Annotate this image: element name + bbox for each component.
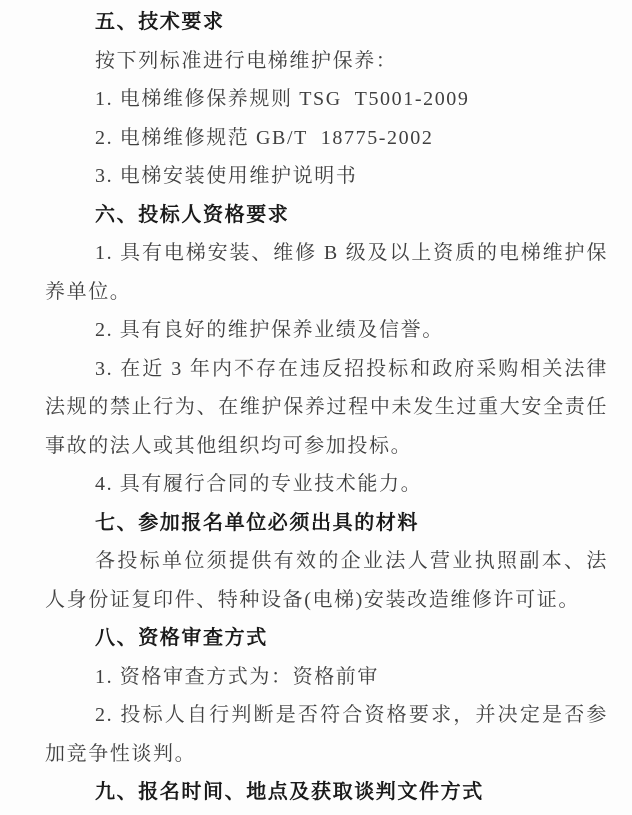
para-qualification-3-no-violations: 3. 在近 3 年内不存在违反招投标和政府采购相关法律法规的禁止行为、在维护保养… [45,350,608,466]
para-self-judgement-participation: 2. 投标人自行判断是否符合资格要求，并决定是否参加竞争性谈判。 [45,696,608,773]
heading-section-9-registration-info: 九、报名时间、地点及获取谈判文件方式 [45,773,608,812]
heading-section-5-technical-requirements: 五、技术要求 [45,3,608,42]
para-standard-2-gbt-18775-2002: 2. 电梯维修规范 GB/T 18775-2002 [45,119,608,158]
para-standard-1-tsg-t5001-2009: 1. 电梯维修保养规则 TSG T5001-2009 [45,80,608,119]
para-required-materials-list: 各投标单位须提供有效的企业法人营业执照副本、法人身份证复印件、特种设备(电梯)安… [45,542,608,619]
document-page: 五、技术要求 按下列标准进行电梯维护保养： 1. 电梯维修保养规则 TSG T5… [0,0,632,815]
para-standard-3-installation-manual: 3. 电梯安装使用维护说明书 [45,157,608,196]
para-review-method-pre-review: 1. 资格审查方式为：资格前审 [45,658,608,697]
para-maintenance-standards-intro: 按下列标准进行电梯维护保养： [45,42,608,81]
para-qualification-2-good-record: 2. 具有良好的维护保养业绩及信誉。 [45,311,608,350]
heading-section-6-bidder-qualifications: 六、投标人资格要求 [45,196,608,235]
para-qualification-4-technical-ability: 4. 具有履行合同的专业技术能力。 [45,465,608,504]
heading-section-7-required-materials: 七、参加报名单位必须出具的材料 [45,504,608,543]
para-qualification-1-license-grade: 1. 具有电梯安装、维修 B 级及以上资质的电梯维护保养单位。 [45,234,608,311]
heading-section-8-qualification-review: 八、资格审查方式 [45,619,608,658]
